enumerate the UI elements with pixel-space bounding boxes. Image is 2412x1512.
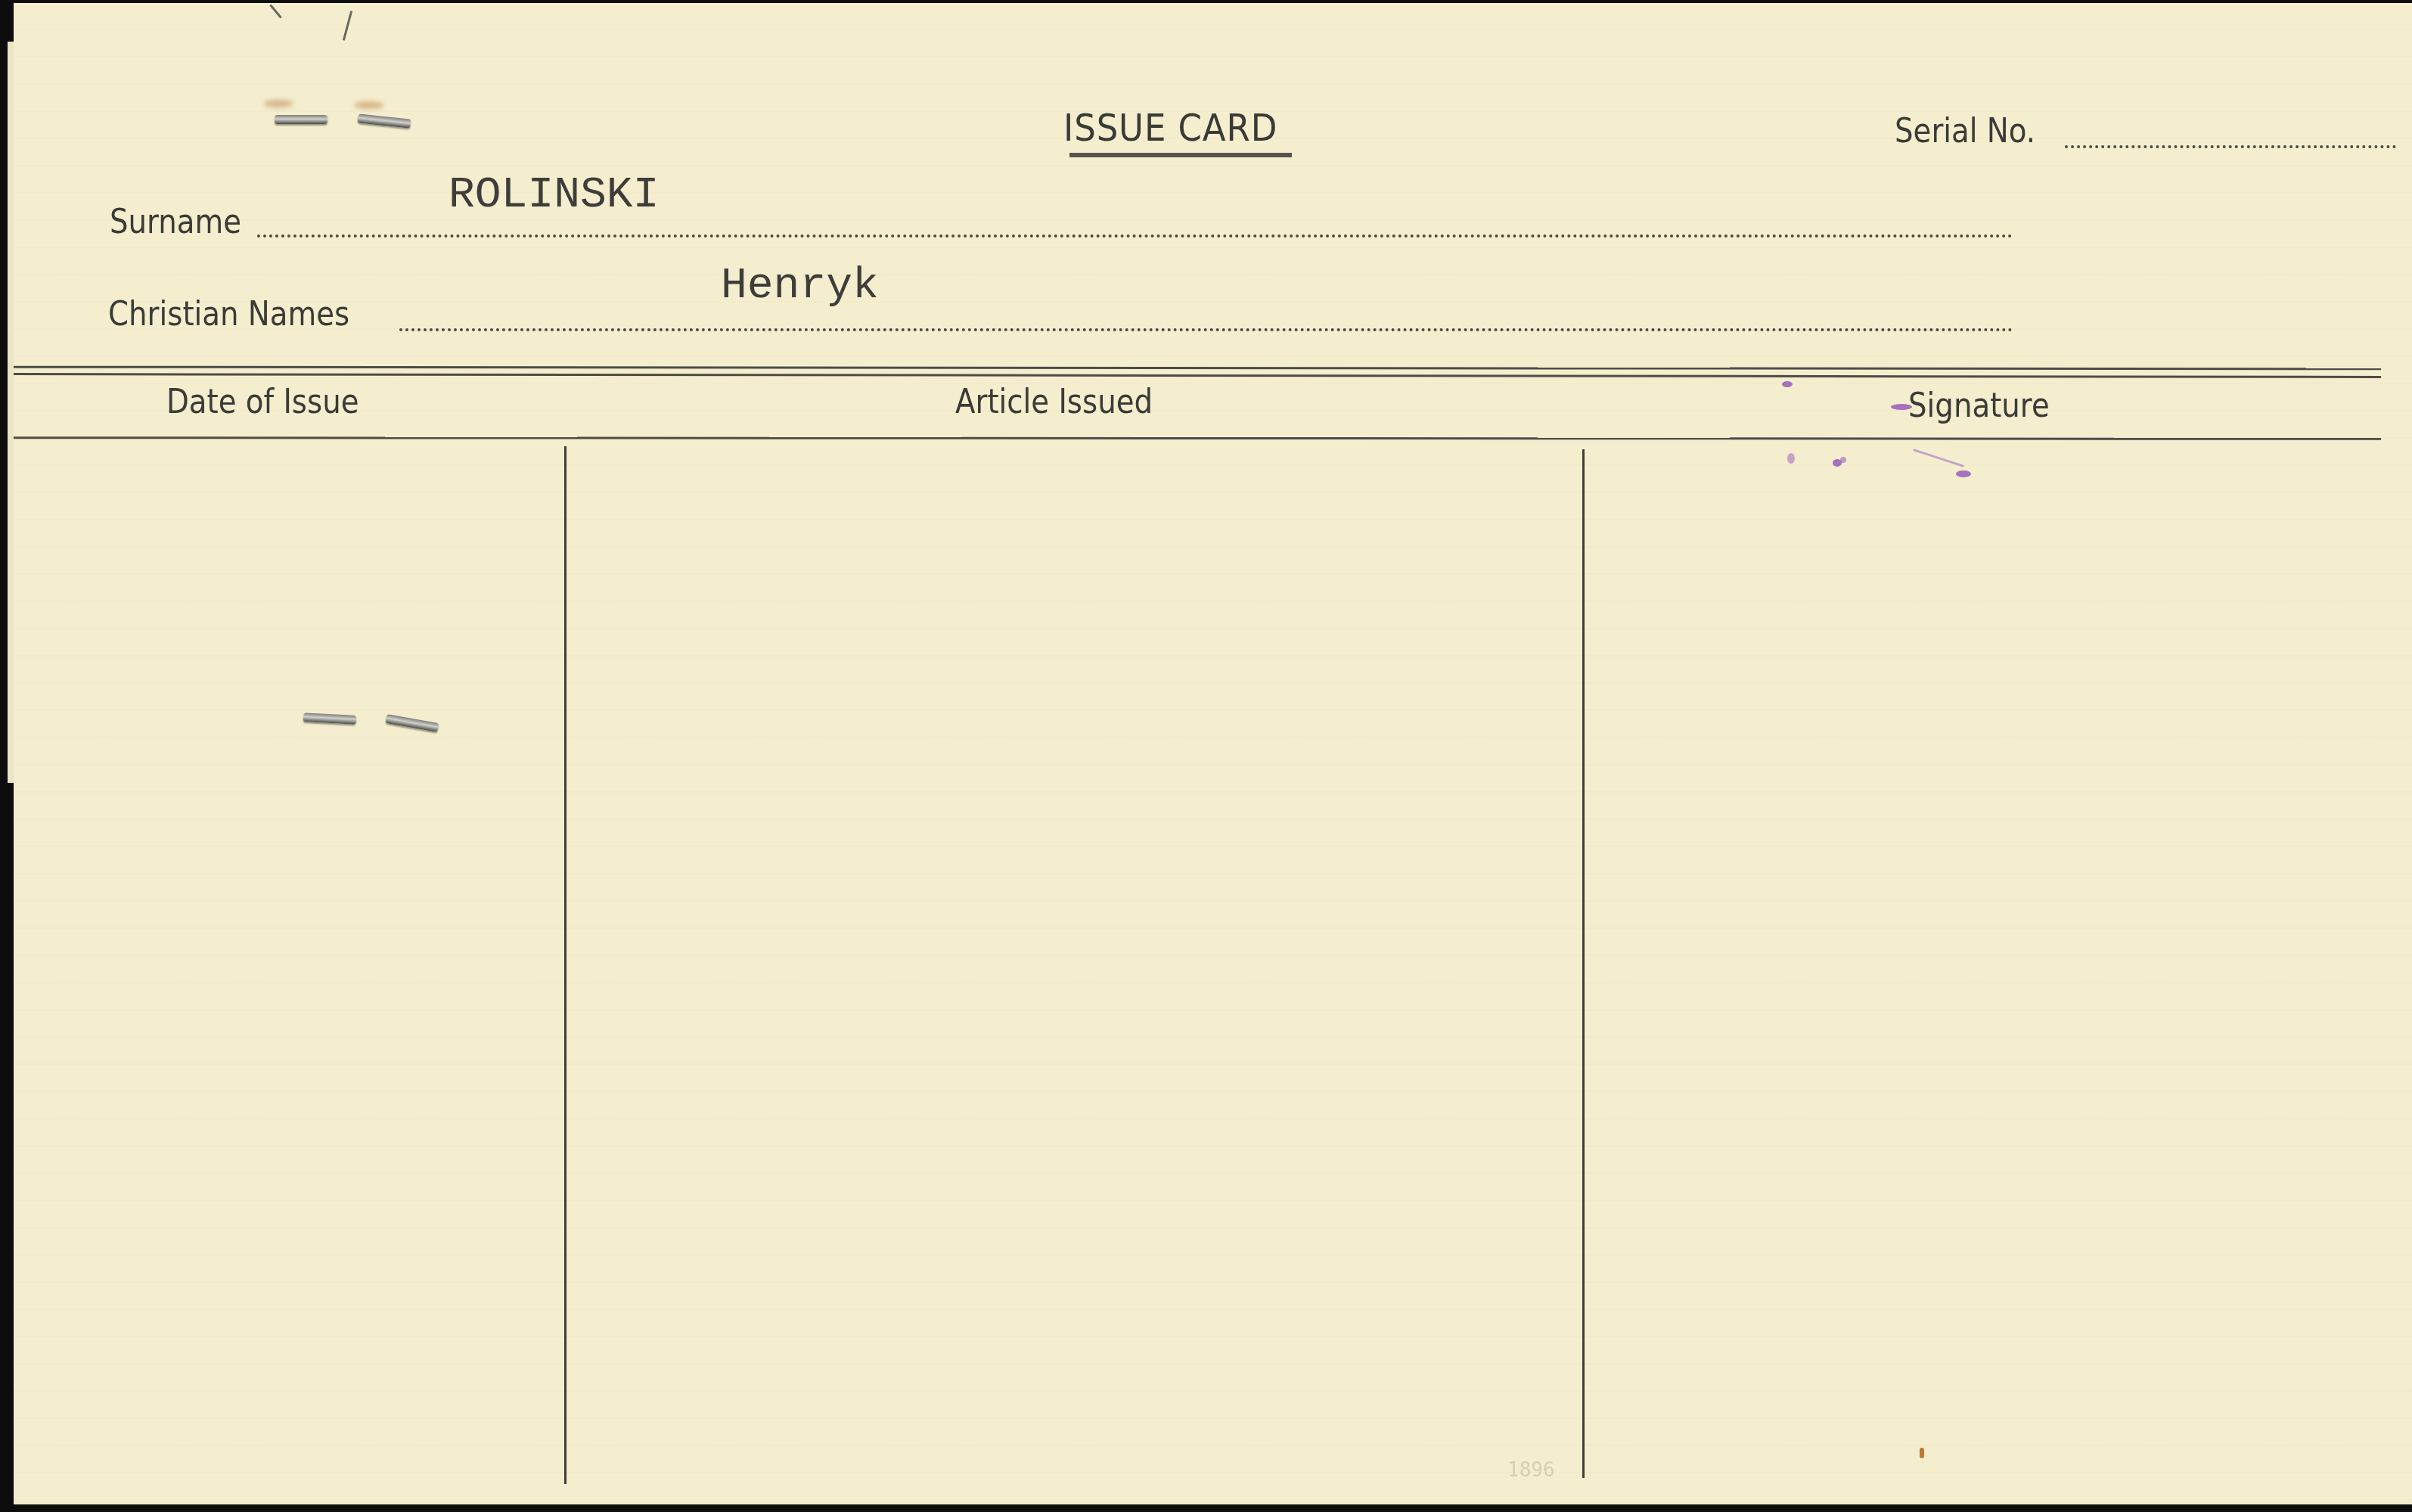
column-divider-2 xyxy=(1582,449,1585,1478)
christian-names-field[interactable] xyxy=(399,328,2013,331)
staple xyxy=(358,113,411,128)
article-issued-cell[interactable] xyxy=(569,449,1581,1478)
issue-card: ISSUE CARD Serial No. Surname ROLINSKI C… xyxy=(14,3,2412,1504)
rust-speck xyxy=(1920,1448,1924,1458)
pencil-mark xyxy=(269,5,281,19)
ink-mark xyxy=(1833,459,1842,467)
surname-field[interactable] xyxy=(257,234,2013,238)
christian-names-value: Henryk xyxy=(721,262,879,311)
column-header-signature: Signature xyxy=(1908,385,2050,425)
header-top-rule-2 xyxy=(14,373,2381,378)
pencil-mark xyxy=(343,11,352,40)
rust-stain xyxy=(263,100,293,107)
signature-cell[interactable] xyxy=(1587,449,2389,1478)
surname-value: ROLINSKI xyxy=(449,171,659,220)
ink-mark xyxy=(1891,404,1912,410)
header-bottom-rule xyxy=(14,436,2381,440)
header-top-rule xyxy=(14,366,2381,371)
title-underline xyxy=(1069,153,1292,157)
serial-no-label: Serial No. xyxy=(1895,110,2035,151)
card-title: ISSUE CARD xyxy=(1063,106,1277,150)
column-divider-1 xyxy=(564,446,567,1484)
christian-names-label: Christian Names xyxy=(108,293,349,334)
serial-no-field[interactable] xyxy=(2065,145,2396,148)
faint-stamp: 1896 xyxy=(1507,1459,1555,1482)
ink-mark xyxy=(1956,470,1971,477)
rust-stain xyxy=(354,101,384,109)
column-header-date-of-issue: Date of Issue xyxy=(166,381,359,421)
ink-mark xyxy=(1787,453,1795,464)
surname-label: Surname xyxy=(110,201,241,241)
ink-mark xyxy=(1782,381,1793,387)
column-header-article-issued: Article Issued xyxy=(955,381,1153,421)
staple xyxy=(275,115,327,124)
date-of-issue-cell[interactable] xyxy=(14,449,563,1478)
